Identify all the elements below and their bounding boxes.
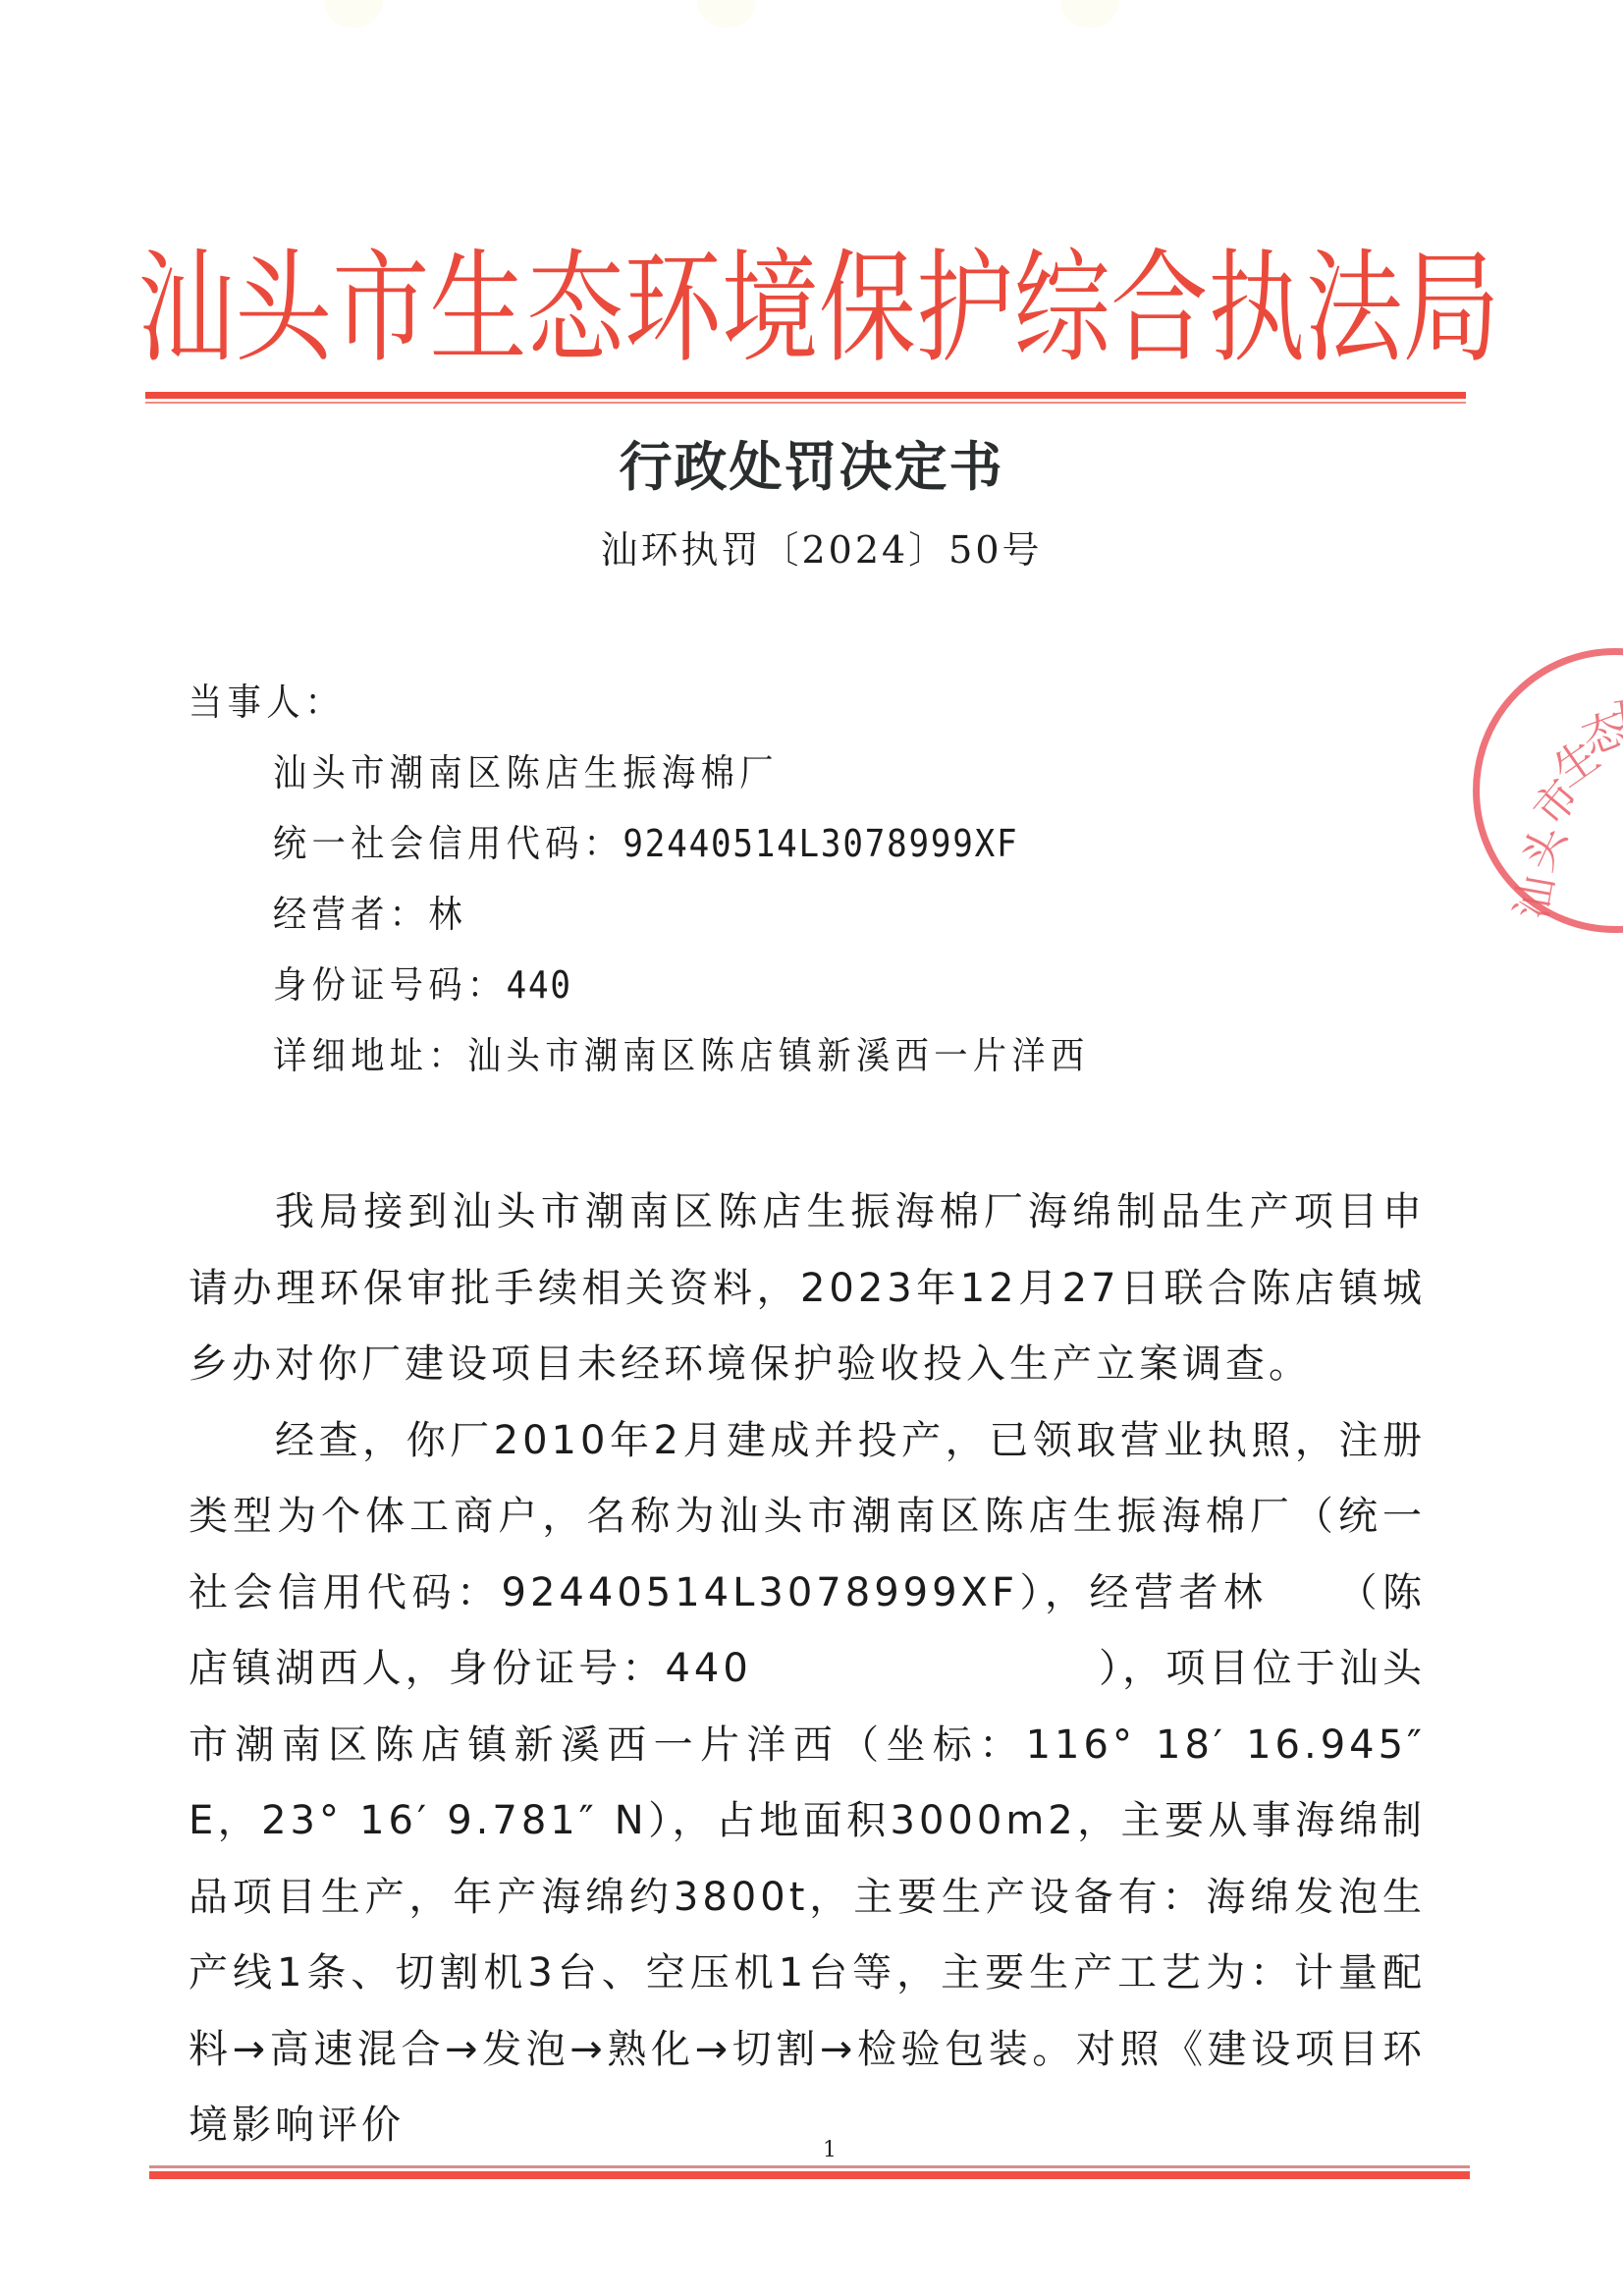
field-label: 详细地址：: [273, 1034, 467, 1077]
field-label: 统一社会信用代码：: [273, 822, 622, 865]
scan-artifact: [324, 0, 383, 27]
field-value: 汕头市潮南区陈店镇新溪西一片洋西: [467, 1034, 1090, 1077]
paragraph-findings: 经查，你厂2010年2月建成并投产，已领取营业执照，注册类型为个体工商户，名称为…: [189, 1403, 1426, 2164]
field-value: 92440514L3078999XF: [622, 822, 1018, 865]
footer-red-rule: [149, 2171, 1470, 2179]
field-label: 身份证号码：: [273, 963, 507, 1007]
scan-artifact: [1060, 0, 1119, 27]
party-operator: 经营者：林: [273, 890, 1090, 960]
header-red-rule: [145, 392, 1466, 399]
field-label: 经营者：: [273, 893, 428, 936]
field-value: 440: [507, 963, 572, 1007]
header-red-rule-thin: [145, 402, 1466, 404]
party-credit-code: 统一社会信用代码：92440514L3078999XF: [273, 819, 1090, 890]
party-address: 详细地址：汕头市潮南区陈店镇新溪西一片洋西: [273, 1031, 1090, 1102]
document-title: 行政处罚决定书: [0, 432, 1623, 501]
page-number: 1: [823, 2139, 837, 2162]
party-id-number: 身份证号码：440: [273, 960, 1090, 1031]
footer-red-rule-thin: [149, 2165, 1470, 2168]
document-number: 汕环执罚〔2024〕50号: [0, 525, 1623, 574]
party-label: 当事人：: [189, 678, 344, 727]
field-value: 林: [428, 893, 467, 936]
issuing-organization-header: 汕头市生态环境保护综合执法局: [137, 241, 1275, 375]
scan-artifact: [697, 0, 756, 27]
paragraph-case-origin: 我局接到汕头市潮南区陈店生振海棉厂海绵制品生产项目申请办理环保审批手续相关资料，…: [189, 1175, 1426, 1403]
party-company-name: 汕头市潮南区陈店生振海棉厂: [273, 748, 1090, 819]
seal-text: 汕 头 市 生 态 环: [1485, 678, 1622, 933]
document-page: 汕头市生态环境保护综合执法局 行政处罚决定书 汕环执罚〔2024〕50号 当事人…: [0, 0, 1623, 2296]
organization-name: 汕头市生态环境保护综合执法局: [137, 241, 1490, 375]
party-info: 汕头市潮南区陈店生振海棉厂 统一社会信用代码：92440514L3078999X…: [273, 748, 1090, 1102]
decision-body: 我局接到汕头市潮南区陈店生振海棉厂海绵制品生产项目申请办理环保审批手续相关资料，…: [189, 1175, 1426, 2164]
